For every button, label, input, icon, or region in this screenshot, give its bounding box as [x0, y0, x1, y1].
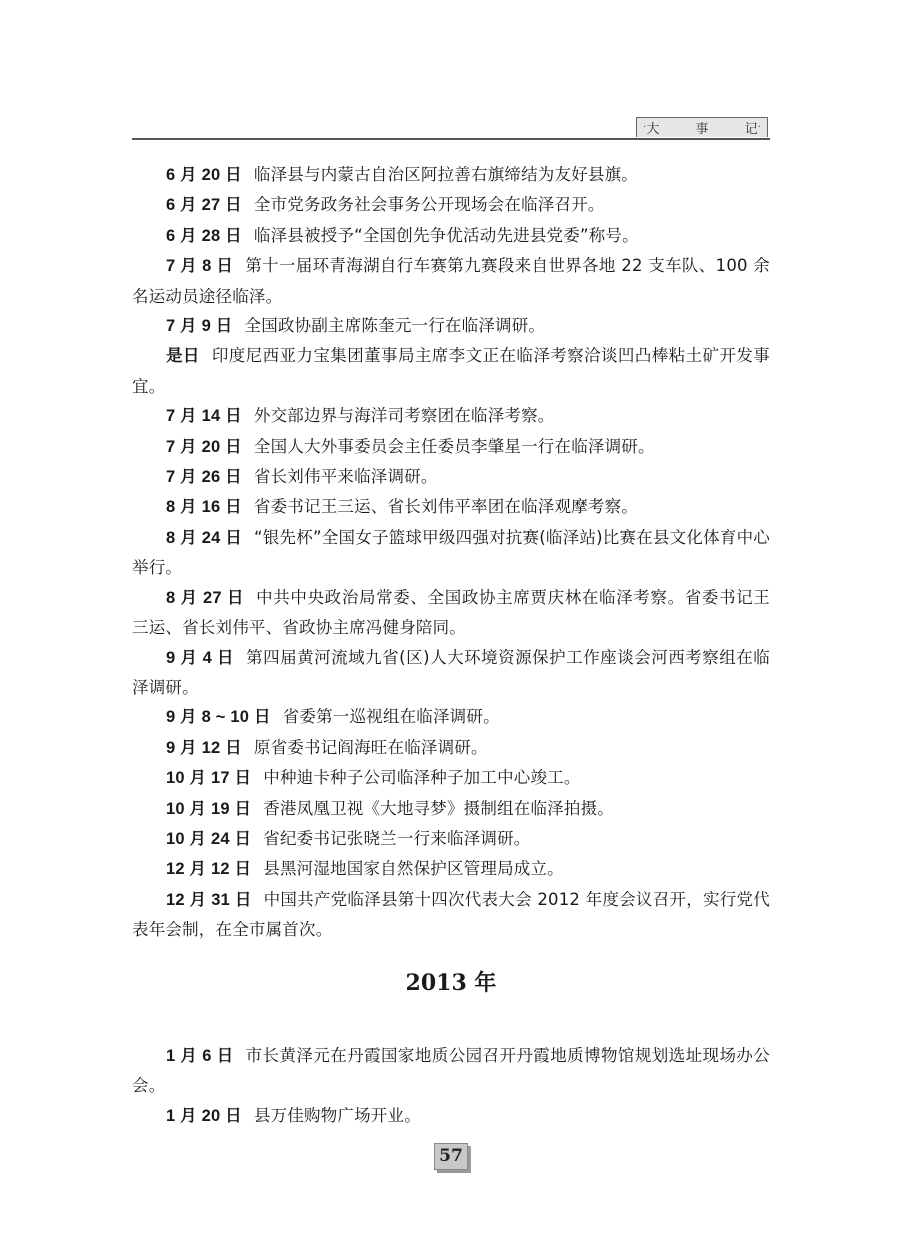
- entry-date: 8 月 16 日: [166, 498, 242, 516]
- entry: 8 月 24 日“银先杯”全国女子篮球甲级四强对抗赛(临泽站)比赛在县文化体育中…: [132, 523, 770, 583]
- entry-date: 8 月 27 日: [166, 589, 244, 607]
- entry: 是日印度尼西亚力宝集团董事局主席李文正在临泽考察洽谈凹凸棒粘土矿开发事宜。: [132, 341, 770, 401]
- entry-text: 中种迪卡种子公司临泽种子加工中心竣工。: [263, 768, 580, 787]
- entry-date: 6 月 28 日: [166, 227, 242, 245]
- section-title: 大 事 记: [646, 118, 773, 137]
- entry: 1 月 20 日县万佳购物广场开业。: [132, 1101, 770, 1131]
- entry: 10 月 17 日中种迪卡种子公司临泽种子加工中心竣工。: [132, 763, 770, 793]
- entry-date: 8 月 24 日: [166, 529, 242, 547]
- entry: 6 月 28 日临泽县被授予“全国创先争优活动先进县党委”称号。: [132, 221, 770, 251]
- entry: 7 月 9 日全国政协副主席陈奎元一行在临泽调研。: [132, 311, 770, 341]
- entry-date: 6 月 20 日: [166, 166, 242, 184]
- entry: 10 月 19 日香港凤凰卫视《大地寻梦》摄制组在临泽拍摄。: [132, 794, 770, 824]
- entry-text: 县万佳购物广场开业。: [254, 1106, 421, 1125]
- entry-text: 省长刘伟平来临泽调研。: [254, 467, 438, 486]
- entry: 7 月 14 日外交部边界与海洋司考察团在临泽考察。: [132, 401, 770, 431]
- entry: 10 月 24 日省纪委书记张晓兰一行来临泽调研。: [132, 824, 770, 854]
- entry-date: 7 月 20 日: [166, 438, 242, 456]
- entry-date: 9 月 4 日: [166, 649, 234, 667]
- entry-text: 省委书记王三运、省长刘伟平率团在临泽观摩考察。: [254, 497, 638, 516]
- section-header-box: · 大 事 记 ·: [636, 117, 768, 137]
- entry-date: 1 月 20 日: [166, 1107, 242, 1125]
- entry-date: 9 月 12 日: [166, 739, 242, 757]
- entry: 9 月 8 ~ 10 日省委第一巡视组在临泽调研。: [132, 702, 770, 732]
- entry-text: 临泽县与内蒙古自治区阿拉善右旗缔结为友好县旗。: [254, 165, 638, 184]
- entry: 9 月 4 日第四届黄河流域九省(区)人大环境资源保护工作座谈会河西考察组在临泽…: [132, 643, 770, 703]
- entry-date: 是日: [166, 347, 200, 365]
- year-heading: 2013 年: [132, 966, 770, 997]
- entry-text: 县黑河湿地国家自然保护区管理局成立。: [263, 859, 564, 878]
- entry-date: 7 月 9 日: [166, 317, 233, 335]
- entry: 6 月 20 日临泽县与内蒙古自治区阿拉善右旗缔结为友好县旗。: [132, 160, 770, 190]
- entry-date: 7 月 26 日: [166, 468, 242, 486]
- entry-date: 10 月 17 日: [166, 769, 251, 787]
- entry-text: 香港凤凰卫视《大地寻梦》摄制组在临泽拍摄。: [263, 799, 614, 818]
- entry: 12 月 12 日县黑河湿地国家自然保护区管理局成立。: [132, 854, 770, 884]
- entry-text: 全市党务政务社会事务公开现场会在临泽召开。: [254, 195, 605, 214]
- entry-date: 1 月 6 日: [166, 1047, 234, 1065]
- entry-date: 10 月 24 日: [166, 830, 251, 848]
- page-number: 57: [434, 1143, 468, 1170]
- entry: 7 月 20 日全国人大外事委员会主任委员李肇星一行在临泽调研。: [132, 432, 770, 462]
- header-dot-right: ·: [758, 122, 761, 133]
- entry-date: 9 月 8 ~ 10 日: [166, 708, 271, 726]
- entry-text: 全国政协副主席陈奎元一行在临泽调研。: [245, 316, 546, 335]
- entry-text: 省委第一巡视组在临泽调研。: [283, 707, 500, 726]
- entry: 1 月 6 日市长黄泽元在丹霞国家地质公园召开丹霞地质博物馆规划选址现场办公会。: [132, 1041, 770, 1101]
- entry-date: 6 月 27 日: [166, 196, 242, 214]
- entry-text: 印度尼西亚力宝集团董事局主席李文正在临泽考察洽谈凹凸棒粘土矿开发事宜。: [132, 346, 770, 395]
- header-rule: [132, 138, 770, 140]
- entry-date: 12 月 31 日: [166, 891, 252, 909]
- entry-text: 临泽县被授予“全国创先争优活动先进县党委”称号。: [254, 226, 639, 245]
- entry-date: 12 月 12 日: [166, 860, 251, 878]
- entry-text: 外交部边界与海洋司考察团在临泽考察。: [254, 406, 555, 425]
- entry: 7 月 8 日第十一届环青海湖自行车赛第九赛段来自世界各地 22 支车队、100…: [132, 251, 770, 311]
- entries-2012: 6 月 20 日临泽县与内蒙古自治区阿拉善右旗缔结为友好县旗。 6 月 27 日…: [132, 160, 770, 945]
- entry: 7 月 26 日省长刘伟平来临泽调研。: [132, 462, 770, 492]
- entry: 8 月 16 日省委书记王三运、省长刘伟平率团在临泽观摩考察。: [132, 492, 770, 522]
- entry: 12 月 31 日中国共产党临泽县第十四次代表大会 2012 年度会议召开，实行…: [132, 885, 770, 945]
- entry: 9 月 12 日原省委书记阎海旺在临泽调研。: [132, 733, 770, 763]
- entry-text: 全国人大外事委员会主任委员李肇星一行在临泽调研。: [254, 437, 655, 456]
- entry: 8 月 27 日中共中央政治局常委、全国政协主席贾庆林在临泽考察。省委书记王三运…: [132, 583, 770, 643]
- entry-date: 7 月 8 日: [166, 257, 233, 275]
- entry-date: 10 月 19 日: [166, 800, 251, 818]
- entry-date: 7 月 14 日: [166, 407, 242, 425]
- entries-2013: 1 月 6 日市长黄泽元在丹霞国家地质公园召开丹霞地质博物馆规划选址现场办公会。…: [132, 1041, 770, 1131]
- entry-text: 省纪委书记张晓兰一行来临泽调研。: [263, 829, 530, 848]
- entry-text: 原省委书记阎海旺在临泽调研。: [254, 738, 488, 757]
- entry: 6 月 27 日全市党务政务社会事务公开现场会在临泽召开。: [132, 190, 770, 220]
